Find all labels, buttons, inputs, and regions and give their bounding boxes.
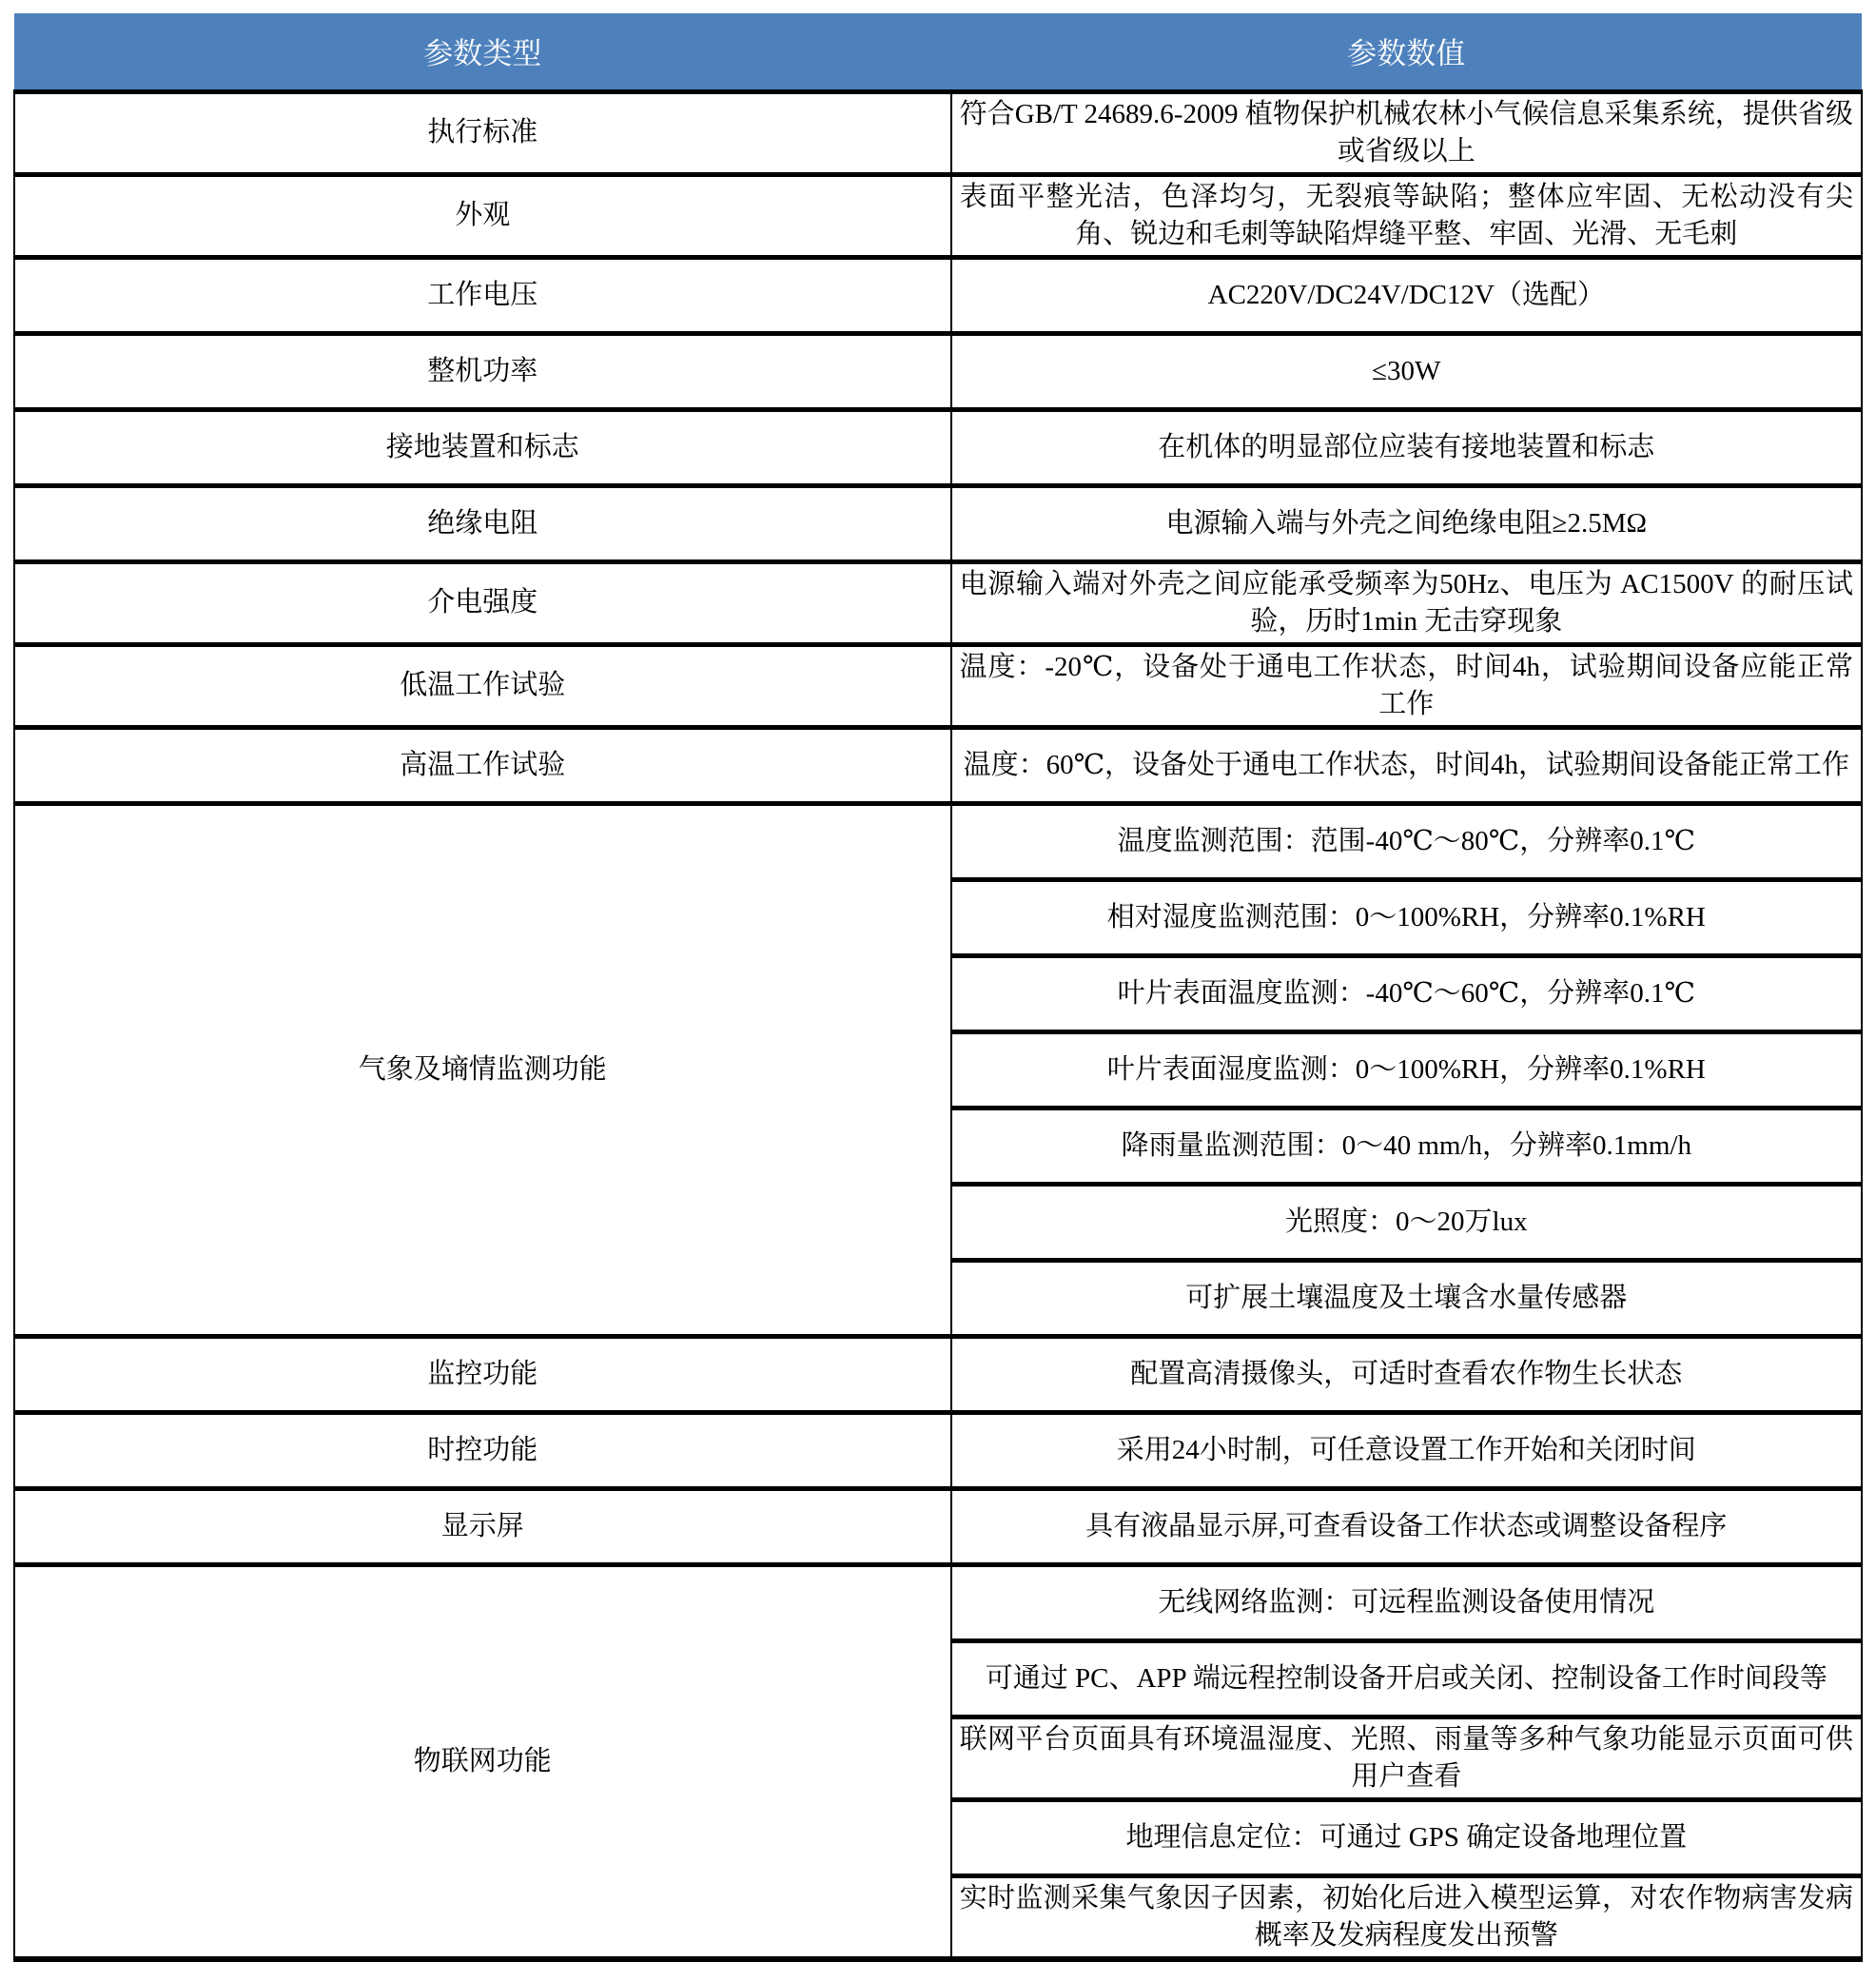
table-row: 外观 表面平整光洁，色泽均匀，无裂痕等缺陷；整体应牢固、无松动没有尖角、锐边和毛… <box>14 174 1862 257</box>
table-row: 介电强度 电源输入端对外壳之间应能承受频率为50Hz、电压为 AC1500V 的… <box>14 561 1862 644</box>
row-value: 叶片表面温度监测：-40℃～60℃，分辨率0.1℃ <box>951 955 1862 1031</box>
row-value: 具有液晶显示屏,可查看设备工作状态或调整设备程序 <box>951 1488 1862 1564</box>
row-label: 监控功能 <box>14 1336 951 1412</box>
row-value: 相对湿度监测范围：0～100%RH，分辨率0.1%RH <box>951 879 1862 955</box>
row-label: 整机功率 <box>14 333 951 409</box>
table-row: 物联网功能 无线网络监测：可远程监测设备使用情况 <box>14 1564 1862 1640</box>
table-row: 气象及墒情监测功能 温度监测范围：范围-40℃～80℃，分辨率0.1℃ <box>14 803 1862 879</box>
row-label: 执行标准 <box>14 91 951 174</box>
row-value: 光照度：0～20万lux <box>951 1184 1862 1260</box>
row-label: 外观 <box>14 174 951 257</box>
table-row: 高温工作试验 温度：60℃，设备处于通电工作状态，时间4h，试验期间设备能正常工… <box>14 727 1862 803</box>
group-label-weather-monitoring: 气象及墒情监测功能 <box>14 803 951 1336</box>
spec-table: 参数类型 参数数值 执行标准 符合GB/T 24689.6-2009 植物保护机… <box>13 13 1863 1962</box>
row-value: 表面平整光洁，色泽均匀，无裂痕等缺陷；整体应牢固、无松动没有尖角、锐边和毛刺等缺… <box>951 174 1862 257</box>
table-row: 工作电压 AC220V/DC24V/DC12V（选配） <box>14 257 1862 333</box>
table-row: 执行标准 符合GB/T 24689.6-2009 植物保护机械农林小气候信息采集… <box>14 91 1862 174</box>
row-value: 在机体的明显部位应装有接地装置和标志 <box>951 409 1862 485</box>
row-label: 绝缘电阻 <box>14 485 951 561</box>
row-value: 无线网络监测：可远程监测设备使用情况 <box>951 1564 1862 1640</box>
col-header-param-value: 参数数值 <box>951 13 1862 91</box>
row-label: 显示屏 <box>14 1488 951 1564</box>
header-row: 参数类型 参数数值 <box>14 13 1862 91</box>
row-value: 电源输入端对外壳之间应能承受频率为50Hz、电压为 AC1500V 的耐压试验，… <box>951 561 1862 644</box>
row-label: 工作电压 <box>14 257 951 333</box>
table-row: 显示屏 具有液晶显示屏,可查看设备工作状态或调整设备程序 <box>14 1488 1862 1564</box>
row-value: 符合GB/T 24689.6-2009 植物保护机械农林小气候信息采集系统，提供… <box>951 91 1862 174</box>
row-label: 接地装置和标志 <box>14 409 951 485</box>
row-value: 配置高清摄像头，可适时查看农作物生长状态 <box>951 1336 1862 1412</box>
row-value: 可扩展土壤温度及土壤含水量传感器 <box>951 1260 1862 1336</box>
row-label: 高温工作试验 <box>14 727 951 803</box>
table-row: 监控功能 配置高清摄像头，可适时查看农作物生长状态 <box>14 1336 1862 1412</box>
col-header-param-type: 参数类型 <box>14 13 951 91</box>
row-value: 温度监测范围：范围-40℃～80℃，分辨率0.1℃ <box>951 803 1862 879</box>
table-row: 接地装置和标志 在机体的明显部位应装有接地装置和标志 <box>14 409 1862 485</box>
table-row: 整机功率 ≤30W <box>14 333 1862 409</box>
group-label-iot: 物联网功能 <box>14 1564 951 1959</box>
row-label: 介电强度 <box>14 561 951 644</box>
table-row: 时控功能 采用24小时制，可任意设置工作开始和关闭时间 <box>14 1412 1862 1488</box>
row-value: ≤30W <box>951 333 1862 409</box>
row-value: 地理信息定位：可通过 GPS 确定设备地理位置 <box>951 1799 1862 1875</box>
row-value: 联网平台页面具有环境温湿度、光照、雨量等多种气象功能显示页面可供用户查看 <box>951 1717 1862 1799</box>
row-label: 低温工作试验 <box>14 644 951 727</box>
row-value: 温度：-20℃，设备处于通电工作状态，时间4h，试验期间设备应能正常工作 <box>951 644 1862 727</box>
row-value: AC220V/DC24V/DC12V（选配） <box>951 257 1862 333</box>
table-row: 低温工作试验 温度：-20℃，设备处于通电工作状态，时间4h，试验期间设备应能正… <box>14 644 1862 727</box>
table-row: 绝缘电阻 电源输入端与外壳之间绝缘电阻≥2.5MΩ <box>14 485 1862 561</box>
row-value: 采用24小时制，可任意设置工作开始和关闭时间 <box>951 1412 1862 1488</box>
row-value: 实时监测采集气象因子因素，初始化后进入模型运算，对农作物病害发病概率及发病程度发… <box>951 1875 1862 1959</box>
row-value: 电源输入端与外壳之间绝缘电阻≥2.5MΩ <box>951 485 1862 561</box>
row-value: 可通过 PC、APP 端远程控制设备开启或关闭、控制设备工作时间段等 <box>951 1640 1862 1717</box>
row-label: 时控功能 <box>14 1412 951 1488</box>
row-value: 叶片表面湿度监测：0～100%RH，分辨率0.1%RH <box>951 1031 1862 1108</box>
row-value: 降雨量监测范围：0～40 mm/h，分辨率0.1mm/h <box>951 1108 1862 1184</box>
row-value: 温度：60℃，设备处于通电工作状态，时间4h，试验期间设备能正常工作 <box>951 727 1862 803</box>
